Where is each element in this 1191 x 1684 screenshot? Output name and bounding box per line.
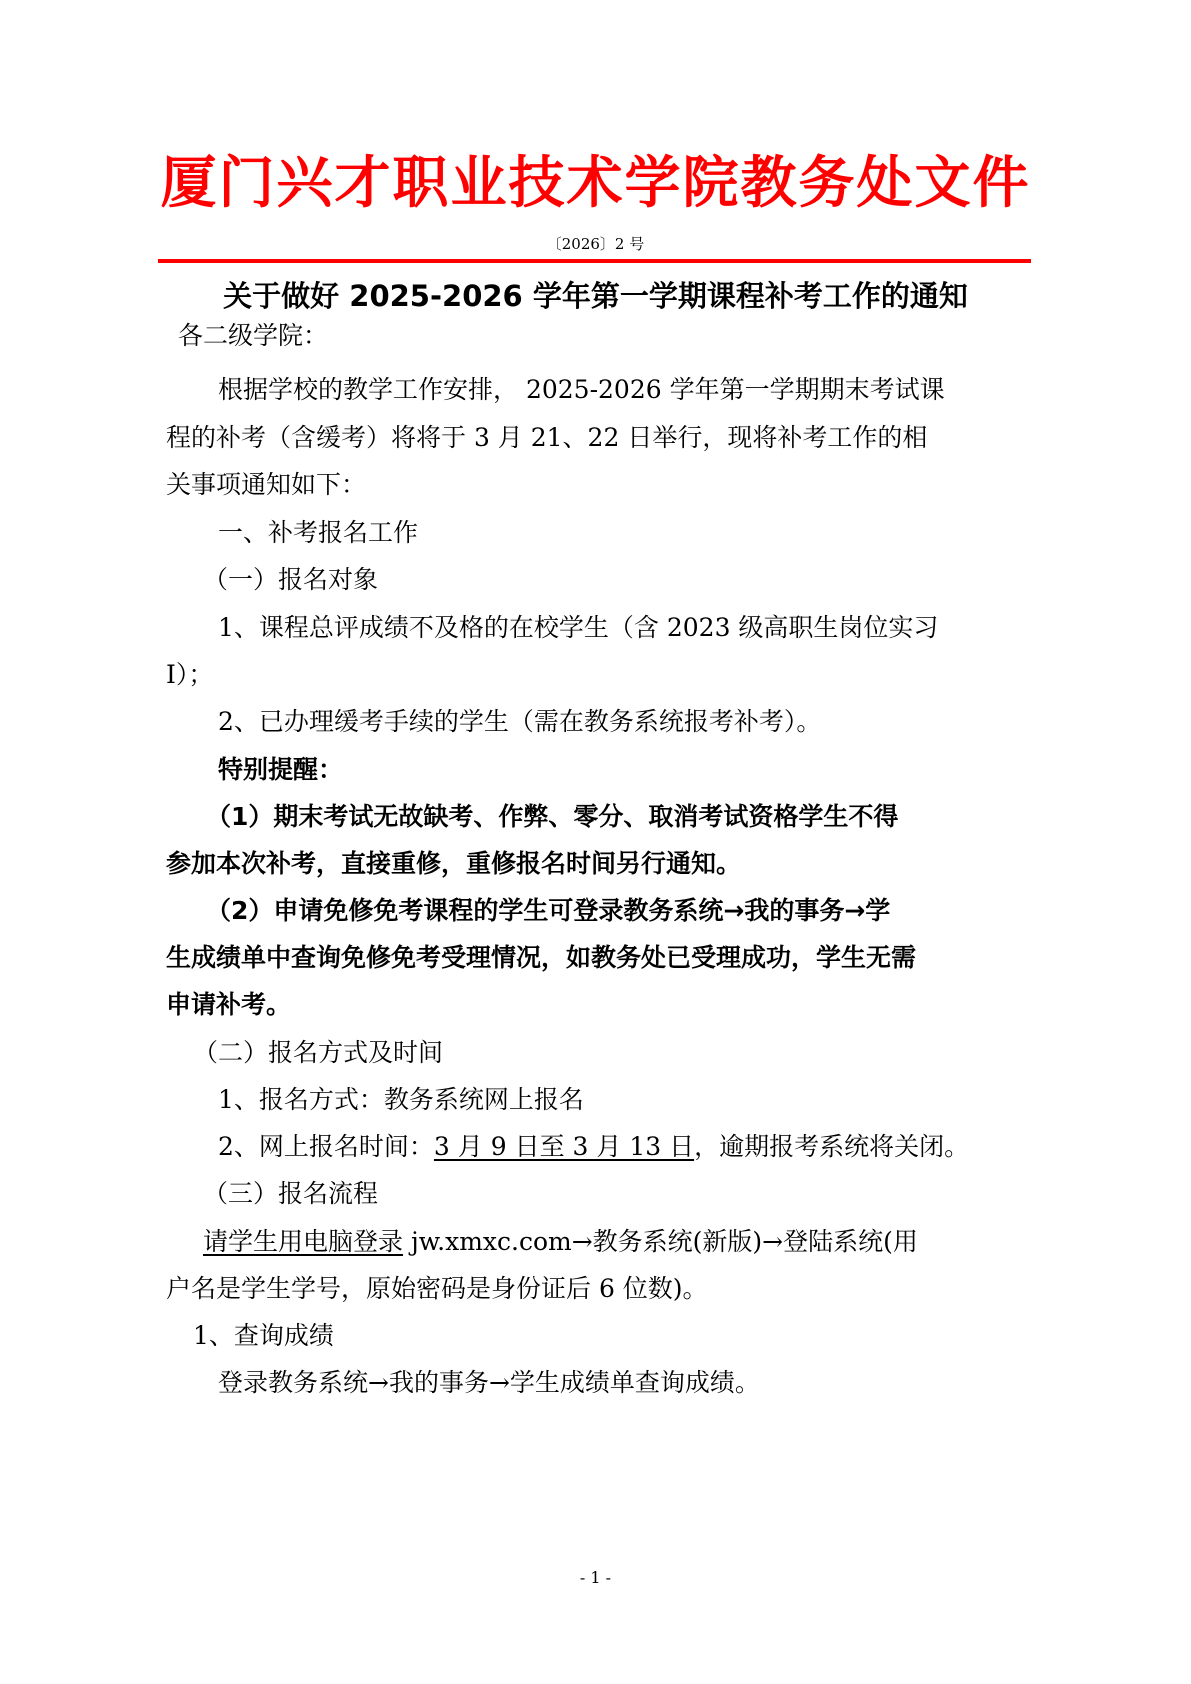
subsection-3-heading: （三）报名流程 — [203, 1176, 378, 1212]
section-1-heading: 一、补考报名工作 — [218, 515, 418, 551]
reminder-1-line-2: 参加本次补考，直接重修，重修报名时间另行通知。 — [166, 846, 741, 882]
registration-time-note: ，逾期报考系统将关闭。 — [694, 1132, 969, 1161]
registration-method: 1、报名方式：教务系统网上报名 — [218, 1082, 584, 1118]
step-1-text: 登录教务系统→我的事务→学生成绩单查询成绩。 — [218, 1365, 760, 1401]
target-item-2: 2、已办理缓考手续的学生（需在教务系统报考补考）。 — [218, 704, 821, 740]
step-1-heading: 1、查询成绩 — [193, 1318, 334, 1354]
registration-time: 2、网上报名时间：3 月 9 日至 3 月 13 日，逾期报考系统将关闭。 — [218, 1129, 969, 1165]
intro-line-2: 程的补考（含缓考）将将于 3 月 21、22 日举行，现将补考工作的相 — [166, 420, 927, 456]
special-reminder-heading: 特别提醒： — [218, 752, 343, 788]
subsection-2-heading: （二）报名方式及时间 — [193, 1035, 443, 1071]
reminder-2-line-3: 申请补考。 — [166, 987, 291, 1023]
masthead-title: 厦门兴才职业技术学院教务处文件 — [0, 148, 1191, 220]
login-path[interactable]: jw.xmxc.com→教务系统(新版)→登陆系统(用 — [403, 1227, 918, 1256]
login-line-2: 户名是学生学号，原始密码是身份证后 6 位数)。 — [166, 1271, 708, 1307]
intro-line-1: 根据学校的教学工作安排， 2025-2026 学年第一学期期末考试课 — [218, 372, 945, 408]
reminder-2-line-1: （2）申请免修免考课程的学生可登录教务系统→我的事务→学 — [206, 893, 890, 929]
notice-title: 关于做好 2025-2026 学年第一学期课程补考工作的通知 — [0, 276, 1191, 316]
subsection-1-heading: （一）报名对象 — [203, 562, 378, 598]
document-page: 厦门兴才职业技术学院教务处文件 〔2026〕2 号 关于做好 2025-2026… — [0, 0, 1191, 1684]
intro-line-3: 关事项通知如下： — [166, 467, 366, 503]
registration-date-range: 3 月 9 日至 3 月 13 日 — [434, 1132, 694, 1161]
reminder-2-line-2: 生成绩单中查询免修免考受理情况，如教务处已受理成功，学生无需 — [166, 940, 916, 976]
target-item-1-line-2: I）； — [166, 657, 213, 693]
document-number: 〔2026〕2 号 — [0, 234, 1191, 254]
page-number: - 1 - — [0, 1568, 1191, 1588]
salutation: 各二级学院： — [178, 318, 328, 354]
target-item-1-line-1: 1、课程总评成绩不及格的在校学生（含 2023 级高职生岗位实习 — [218, 610, 938, 646]
login-instruction: 请学生用电脑登录 — [203, 1227, 403, 1256]
reminder-1-line-1: （1）期末考试无故缺考、作弊、零分、取消考试资格学生不得 — [206, 799, 898, 835]
login-line-1: 请学生用电脑登录 jw.xmxc.com→教务系统(新版)→登陆系统(用 — [203, 1224, 918, 1260]
registration-time-label: 2、网上报名时间： — [218, 1132, 434, 1161]
red-header-rule — [158, 259, 1031, 263]
